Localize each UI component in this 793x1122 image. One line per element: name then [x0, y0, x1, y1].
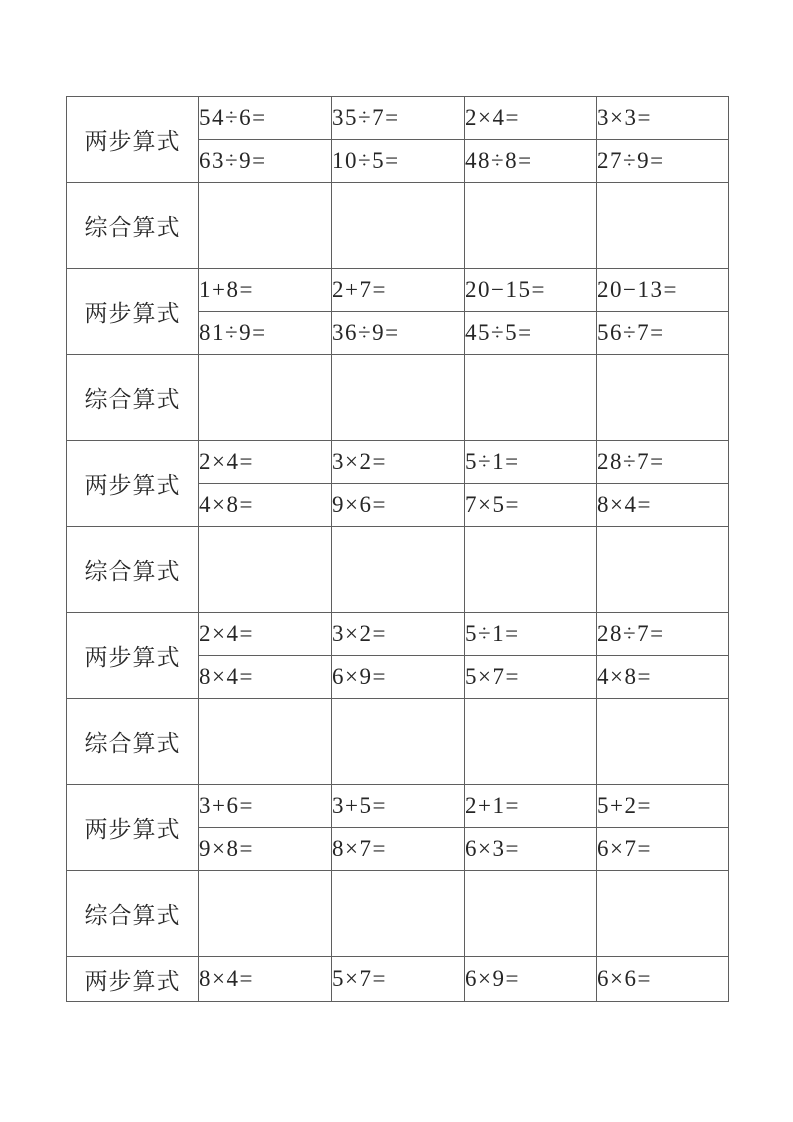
- table-row: 综合算式: [67, 183, 729, 269]
- row-label-two-step: 两步算式: [67, 441, 199, 527]
- comprehensive-answer-cell: [332, 355, 465, 441]
- row-label-comprehensive: 综合算式: [67, 355, 199, 441]
- comprehensive-answer-cell: [597, 699, 729, 785]
- comprehensive-answer-cell: [332, 183, 465, 269]
- problem-cell: 36÷9=: [332, 312, 465, 355]
- comprehensive-answer-cell: [465, 699, 597, 785]
- problem-cell: 2+1=: [465, 785, 597, 828]
- comprehensive-answer-cell: [597, 355, 729, 441]
- row-label-comprehensive: 综合算式: [67, 871, 199, 957]
- problem-cell: 6×7=: [597, 828, 729, 871]
- comprehensive-answer-cell: [465, 871, 597, 957]
- problem-cell: 6×9=: [465, 957, 597, 1002]
- worksheet-page: 两步算式 54÷6= 35÷7= 2×4= 3×3= 63÷9= 10÷5= 4…: [0, 0, 793, 1122]
- problem-cell: 3×3=: [597, 97, 729, 140]
- problem-cell: 4×8=: [597, 656, 729, 699]
- row-label-two-step: 两步算式: [67, 97, 199, 183]
- comprehensive-answer-cell: [199, 527, 332, 613]
- table-row: 两步算式 2×4= 3×2= 5÷1= 28÷7=: [67, 441, 729, 484]
- problem-cell: 4×8=: [199, 484, 332, 527]
- problem-cell: 56÷7=: [597, 312, 729, 355]
- comprehensive-answer-cell: [597, 527, 729, 613]
- comprehensive-answer-cell: [199, 355, 332, 441]
- problem-cell: 5+2=: [597, 785, 729, 828]
- comprehensive-answer-cell: [332, 527, 465, 613]
- problem-cell: 8×7=: [332, 828, 465, 871]
- problem-cell: 1+8=: [199, 269, 332, 312]
- problem-cell: 63÷9=: [199, 140, 332, 183]
- comprehensive-answer-cell: [199, 183, 332, 269]
- problem-cell: 5×7=: [332, 957, 465, 1002]
- table-row: 两步算式 54÷6= 35÷7= 2×4= 3×3=: [67, 97, 729, 140]
- row-label-comprehensive: 综合算式: [67, 699, 199, 785]
- problem-cell: 3+5=: [332, 785, 465, 828]
- worksheet-table: 两步算式 54÷6= 35÷7= 2×4= 3×3= 63÷9= 10÷5= 4…: [66, 96, 729, 1002]
- row-label-two-step: 两步算式: [67, 785, 199, 871]
- problem-cell: 7×5=: [465, 484, 597, 527]
- problem-cell: 2×4=: [199, 441, 332, 484]
- table-row: 两步算式 1+8= 2+7= 20−15= 20−13=: [67, 269, 729, 312]
- comprehensive-answer-cell: [465, 183, 597, 269]
- problem-cell: 5÷1=: [465, 441, 597, 484]
- row-label-two-step: 两步算式: [67, 269, 199, 355]
- problem-cell: 9×6=: [332, 484, 465, 527]
- problem-cell: 28÷7=: [597, 441, 729, 484]
- problem-cell: 20−15=: [465, 269, 597, 312]
- problem-cell: 45÷5=: [465, 312, 597, 355]
- comprehensive-answer-cell: [597, 183, 729, 269]
- problem-cell: 2×4=: [199, 613, 332, 656]
- comprehensive-answer-cell: [332, 871, 465, 957]
- table-row: 两步算式 2×4= 3×2= 5÷1= 28÷7=: [67, 613, 729, 656]
- problem-cell: 2+7=: [332, 269, 465, 312]
- table-row: 综合算式: [67, 871, 729, 957]
- problem-cell: 48÷8=: [465, 140, 597, 183]
- problem-cell: 3×2=: [332, 441, 465, 484]
- problem-cell: 3×2=: [332, 613, 465, 656]
- comprehensive-answer-cell: [465, 527, 597, 613]
- problem-cell: 81÷9=: [199, 312, 332, 355]
- problem-cell: 54÷6=: [199, 97, 332, 140]
- problem-cell: 6×3=: [465, 828, 597, 871]
- comprehensive-answer-cell: [199, 699, 332, 785]
- problem-cell: 3+6=: [199, 785, 332, 828]
- table-row: 综合算式: [67, 355, 729, 441]
- problem-cell: 5÷1=: [465, 613, 597, 656]
- problem-cell: 5×7=: [465, 656, 597, 699]
- comprehensive-answer-cell: [597, 871, 729, 957]
- table-row: 两步算式 8×4= 5×7= 6×9= 6×6=: [67, 957, 729, 1002]
- problem-cell: 10÷5=: [332, 140, 465, 183]
- problem-cell: 20−13=: [597, 269, 729, 312]
- problem-cell: 8×4=: [597, 484, 729, 527]
- problem-cell: 8×4=: [199, 957, 332, 1002]
- problem-cell: 27÷9=: [597, 140, 729, 183]
- comprehensive-answer-cell: [465, 355, 597, 441]
- table-row: 综合算式: [67, 527, 729, 613]
- comprehensive-answer-cell: [332, 699, 465, 785]
- table-row: 综合算式: [67, 699, 729, 785]
- table-row: 两步算式 3+6= 3+5= 2+1= 5+2=: [67, 785, 729, 828]
- problem-cell: 6×6=: [597, 957, 729, 1002]
- problem-cell: 28÷7=: [597, 613, 729, 656]
- problem-cell: 9×8=: [199, 828, 332, 871]
- row-label-comprehensive: 综合算式: [67, 527, 199, 613]
- row-label-two-step: 两步算式: [67, 957, 199, 1002]
- problem-cell: 8×4=: [199, 656, 332, 699]
- problem-cell: 35÷7=: [332, 97, 465, 140]
- row-label-two-step: 两步算式: [67, 613, 199, 699]
- row-label-comprehensive: 综合算式: [67, 183, 199, 269]
- problem-cell: 2×4=: [465, 97, 597, 140]
- problem-cell: 6×9=: [332, 656, 465, 699]
- comprehensive-answer-cell: [199, 871, 332, 957]
